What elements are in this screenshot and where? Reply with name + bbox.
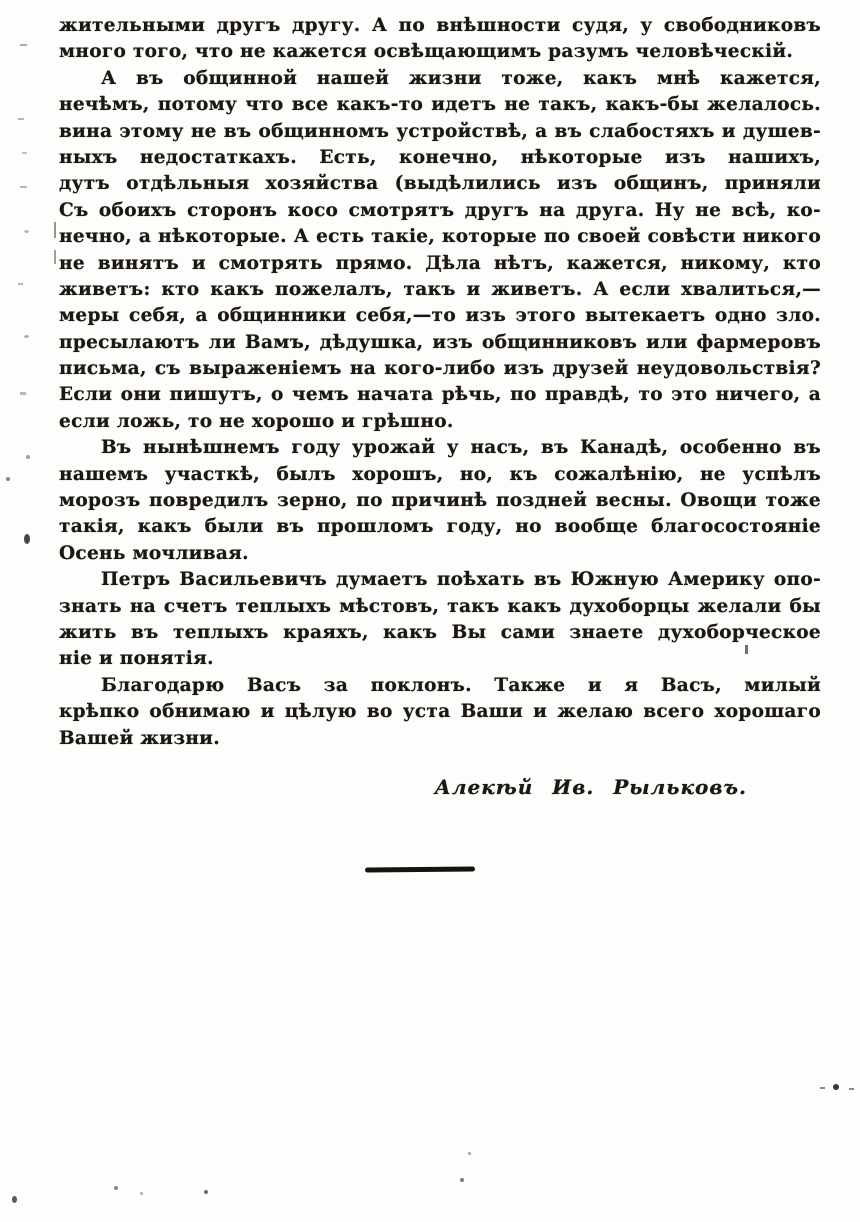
- ink-speck: [24, 230, 29, 233]
- signature: Алекѣй Ив. Рыльковъ.: [200, 775, 747, 799]
- text-line: жить въ теплыхъ краяхъ, какъ Вы сами зна…: [59, 620, 821, 646]
- ink-speck: [849, 1088, 854, 1090]
- ink-speck: [468, 1152, 471, 1155]
- ink-speck: [20, 392, 26, 395]
- text-line: пресылаютъ ли Вамъ, дѣдушка, изъ общинни…: [59, 330, 821, 356]
- ink-speck: [18, 283, 23, 285]
- text-line: крѣпко обнимаю и цѣлую во уста Ваши и же…: [59, 699, 821, 725]
- text-line: знать на счетъ теплыхъ мѣстовъ, такъ как…: [59, 594, 821, 620]
- text-line: меры себя, а общинники себя,—то изъ этог…: [59, 303, 821, 329]
- ink-speck: [833, 1084, 839, 1090]
- text-line: много того, что не кажется освѣщающимъ р…: [59, 39, 821, 65]
- text-line: такія, какъ были въ прошломъ году, но во…: [59, 514, 821, 540]
- letter-body: жительными другъ другу. А по внѣшности с…: [59, 13, 821, 752]
- text-line: нечно, а нѣкоторые. А есть такіе, которы…: [59, 224, 821, 250]
- scanned-page: жительными другъ другу. А по внѣшности с…: [0, 0, 860, 1222]
- text-line: Съ обоихъ сторонъ косо смотрятъ другъ на…: [59, 198, 821, 224]
- ink-speck: [12, 1196, 17, 1203]
- ink-speck: [460, 1178, 464, 1182]
- text-line: ныхъ недостаткахъ. Есть, конечно, нѣкото…: [59, 145, 821, 171]
- ink-speck: [22, 152, 27, 154]
- text-line: ніе и понятія.: [59, 646, 821, 672]
- text-line: живетъ: кто какъ пожелалъ, такъ и живетъ…: [59, 277, 821, 303]
- text-line: Вашей жизни.: [59, 726, 821, 752]
- text-line: Петръ Васильевичъ думаетъ поѣхать въ Южн…: [59, 567, 821, 593]
- text-line: нашемъ участкѣ, былъ хорошъ, но, къ сожа…: [59, 462, 821, 488]
- ink-speck: [54, 222, 56, 238]
- ink-speck: [24, 335, 29, 338]
- ink-speck: [20, 44, 27, 46]
- text-line: Благодарю Васъ за поклонъ. Также и я Вас…: [59, 673, 821, 699]
- text-line: морозъ повредилъ зерно, по причинѣ поздн…: [59, 488, 821, 514]
- ink-speck: [18, 118, 24, 120]
- ink-speck: [140, 1192, 143, 1195]
- text-line: нечѣмъ, потому что все какъ-то идетъ не …: [59, 92, 821, 118]
- ink-speck: [114, 1186, 118, 1190]
- text-line: Если они пишутъ, о чемъ начата рѣчь, по …: [59, 382, 821, 408]
- text-line: письма, съ выраженіемъ на кого-либо изъ …: [59, 356, 821, 382]
- end-divider-rule: [365, 867, 475, 873]
- text-line: вина этому не въ общинномъ устройствѣ, а…: [59, 119, 821, 145]
- text-line: не винятъ и смотрять прямо. Дѣла нѣтъ, к…: [59, 251, 821, 277]
- ink-speck: [204, 1190, 208, 1194]
- text-line: жительными другъ другу. А по внѣшности с…: [59, 13, 821, 39]
- text-line: Въ нынѣшнемъ году урожай у насъ, въ Кана…: [59, 435, 821, 461]
- ink-speck: [6, 477, 10, 481]
- text-line: дутъ отдѣльныя хозяйства (выдѣлились изъ…: [59, 171, 821, 197]
- text-line: если ложь, то не хорошо и грѣшно.: [59, 409, 821, 435]
- text-line: Осень мочливая.: [59, 541, 821, 567]
- text-line: А въ общинной нашей жизни тоже, какъ мнѣ…: [59, 66, 821, 92]
- ink-speck: [820, 1087, 825, 1089]
- ink-speck: [24, 534, 30, 544]
- ink-speck: [26, 455, 30, 459]
- ink-speck: [20, 186, 27, 188]
- ink-speck: [54, 250, 56, 264]
- ink-speck: [745, 645, 748, 654]
